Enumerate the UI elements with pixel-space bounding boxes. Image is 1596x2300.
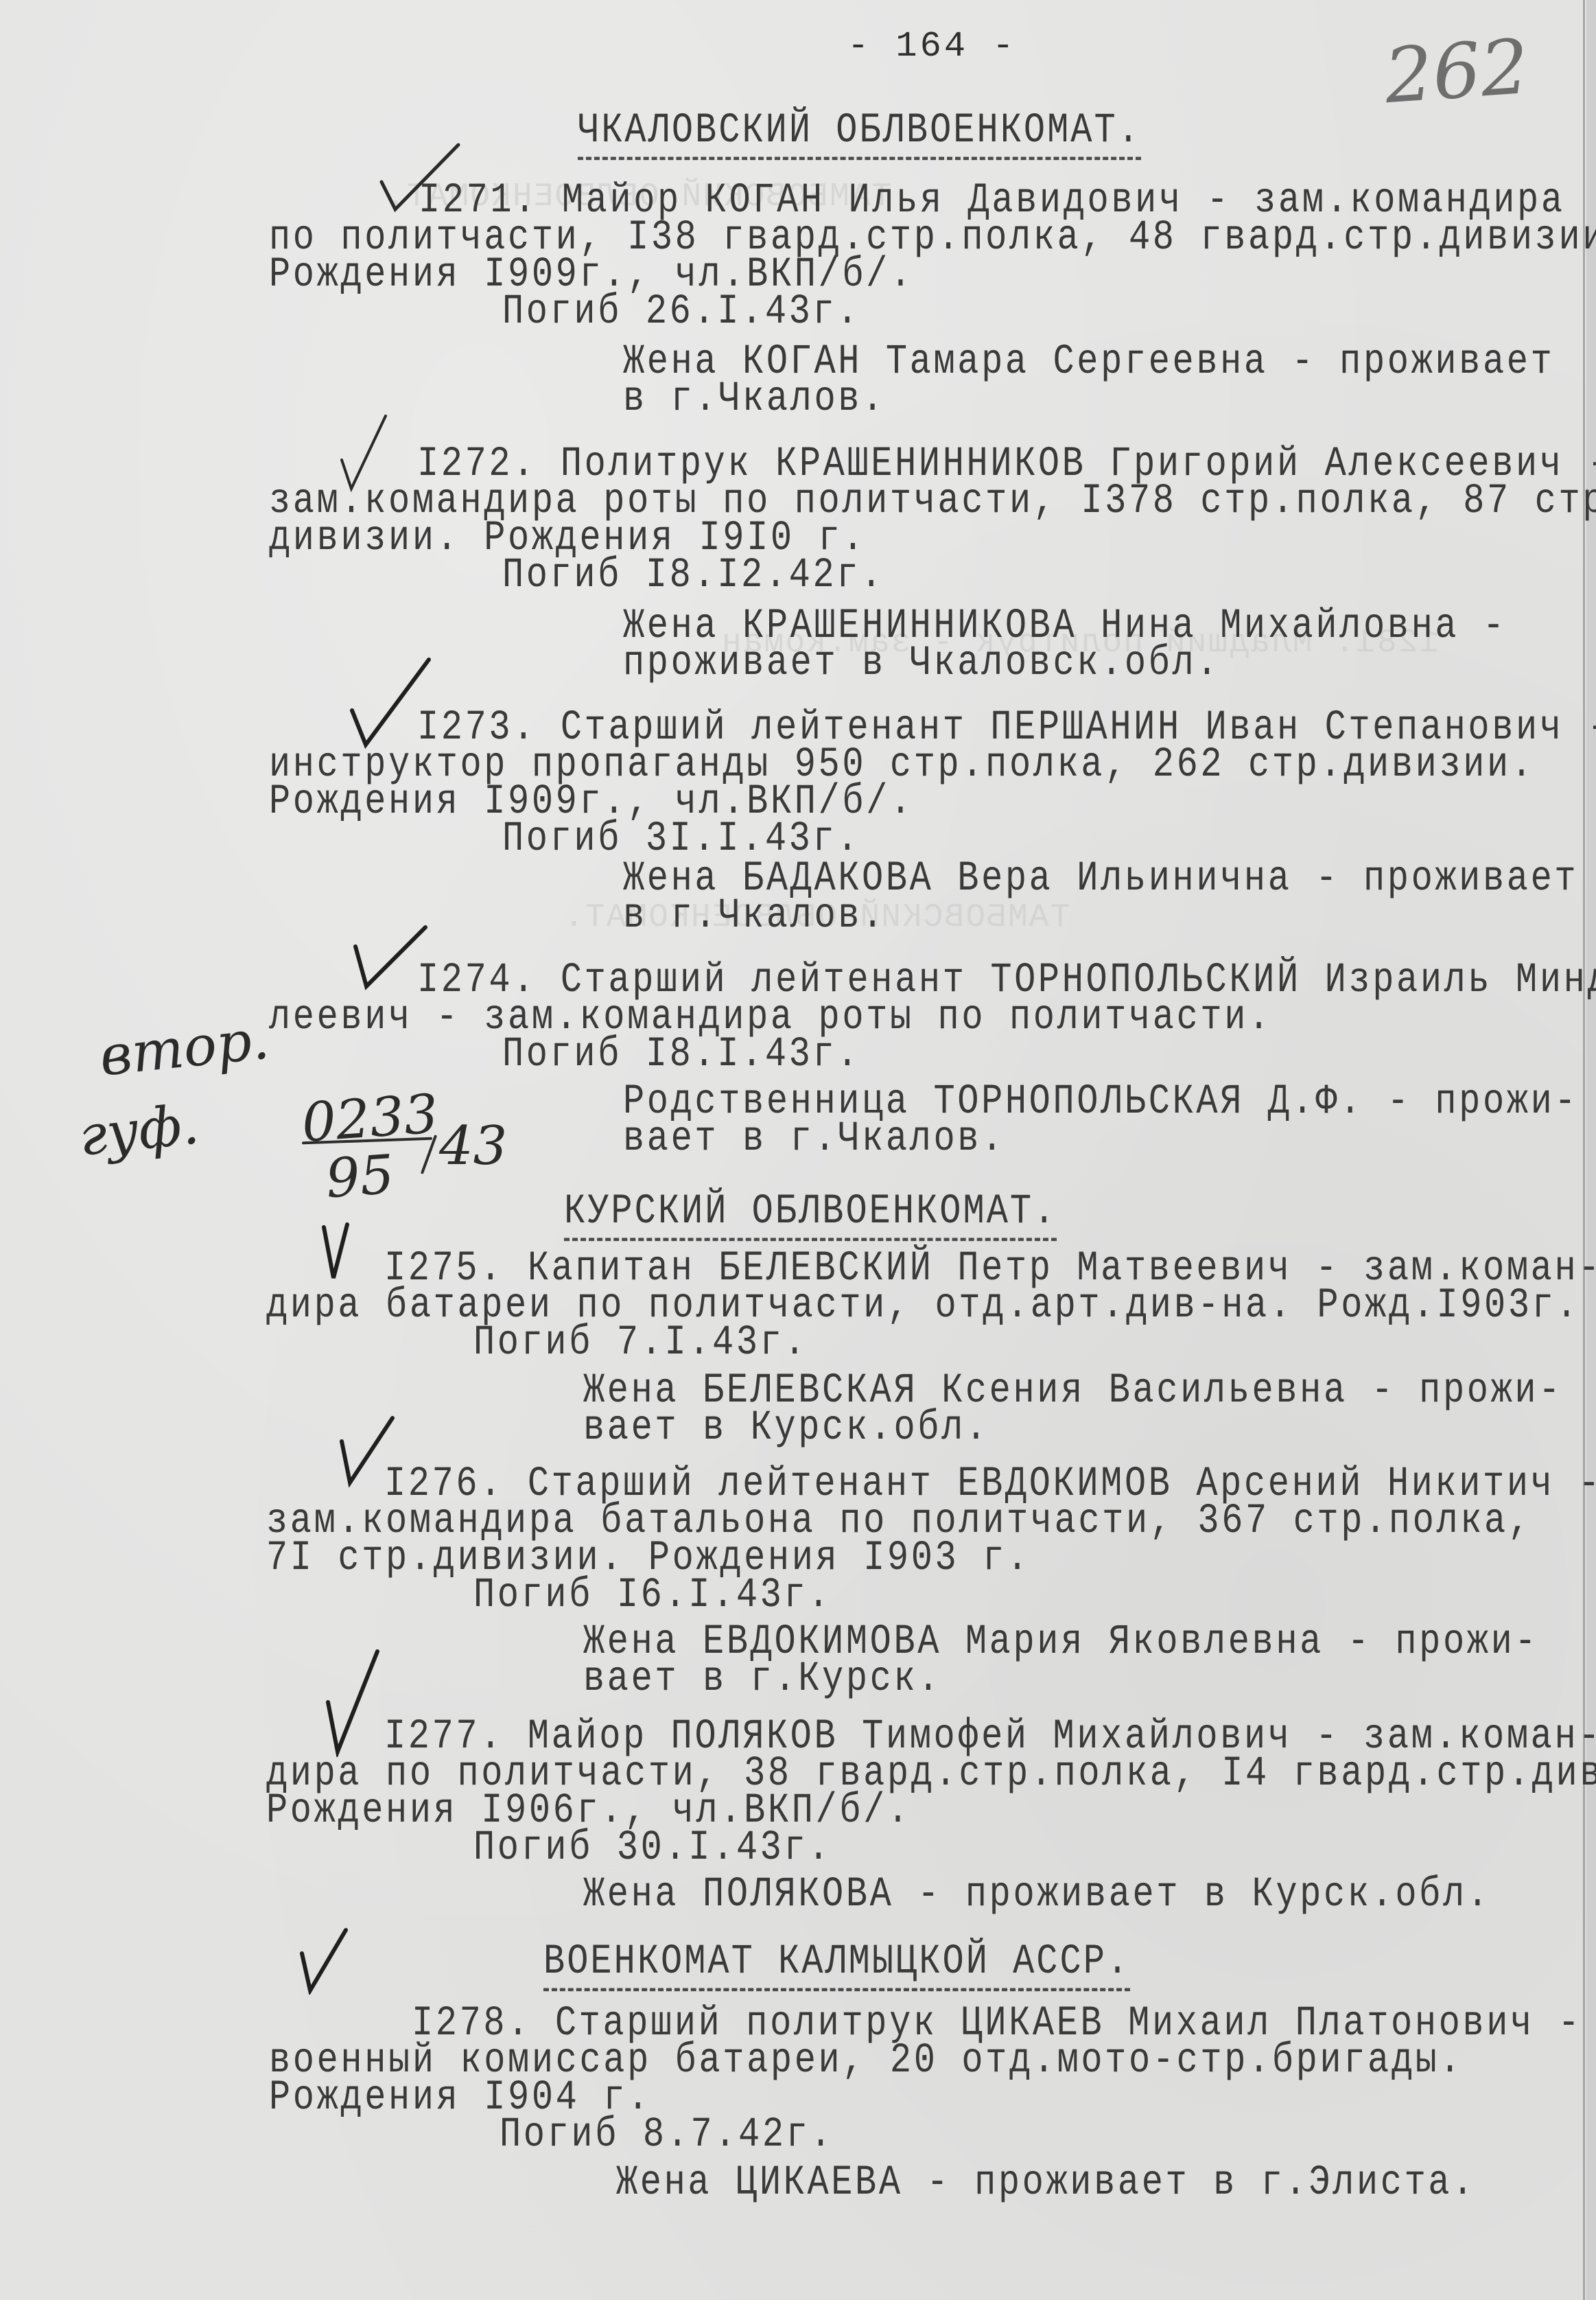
entry-1277-relative: Жена ПОЛЯКОВА - проживает в Курск.обл. — [583, 1874, 1491, 1916]
entry-1274-relative: вает в г.Чкалов. — [623, 1118, 1005, 1160]
section-heading: ЧКАЛОВСКИЙ ОБЛВОЕНКОМАТ. — [578, 110, 1141, 160]
entry-1271-death: Погиб 26.I.43г. — [502, 291, 860, 333]
handwritten-note-line2: гуф. — [76, 1092, 202, 1168]
checkmark-icon — [320, 1220, 361, 1282]
archive-sheet-number: 262 — [1382, 23, 1532, 120]
section-heading: КУРСКИЙ ОБЛВОЕНКОМАТ. — [564, 1191, 1057, 1241]
entry-1273-death: Погиб 3I.I.43г. — [502, 818, 860, 860]
entry-1277-death: Погиб 30.I.43г. — [473, 1827, 832, 1869]
entry-1271-relative: в г.Чкалов. — [623, 378, 886, 420]
entry-1276-death: Погиб I6.I.43г. — [473, 1575, 832, 1616]
page-number: - 164 - — [847, 26, 1016, 67]
handwritten-note-suffix: 43 — [439, 1115, 507, 1177]
entry-1276-relative: вает в г.Курск. — [583, 1658, 941, 1700]
entry-1278-relative: Жена ЦИКАЕВА - проживает в г.Элиста. — [616, 2162, 1476, 2204]
entry-1272-relative: проживает в Чкаловск.обл. — [623, 642, 1220, 684]
checkmark-icon — [296, 1926, 351, 1995]
entry-1275-relative: вает в Курск.обл. — [583, 1407, 989, 1449]
entry-1275-death: Погиб 7.I.43г. — [473, 1322, 808, 1364]
checkmark-icon — [322, 1647, 384, 1757]
entry-1272-death: Погиб I8.I2.42г. — [502, 555, 884, 596]
entry-1278-death: Погиб 8.7.42г. — [500, 2114, 834, 2156]
page-edge-shadow — [1586, 0, 1596, 2300]
entry-1275-line: дира батареи по политчасти, отд.арт.див-… — [266, 1285, 1580, 1327]
handwritten-note-line1: втор. — [97, 1007, 272, 1088]
entry-1274-death: Погиб I8.I.43г. — [502, 1034, 860, 1076]
section-heading: ВОЕНКОМАТ КАЛМЫЦКОЙ АССР. — [543, 1941, 1130, 1991]
entry-1273-relative: в г.Чкалов. — [623, 895, 886, 937]
handwritten-fraction-denominator: 95 — [324, 1144, 396, 1211]
page-edge — [1583, 0, 1585, 2300]
